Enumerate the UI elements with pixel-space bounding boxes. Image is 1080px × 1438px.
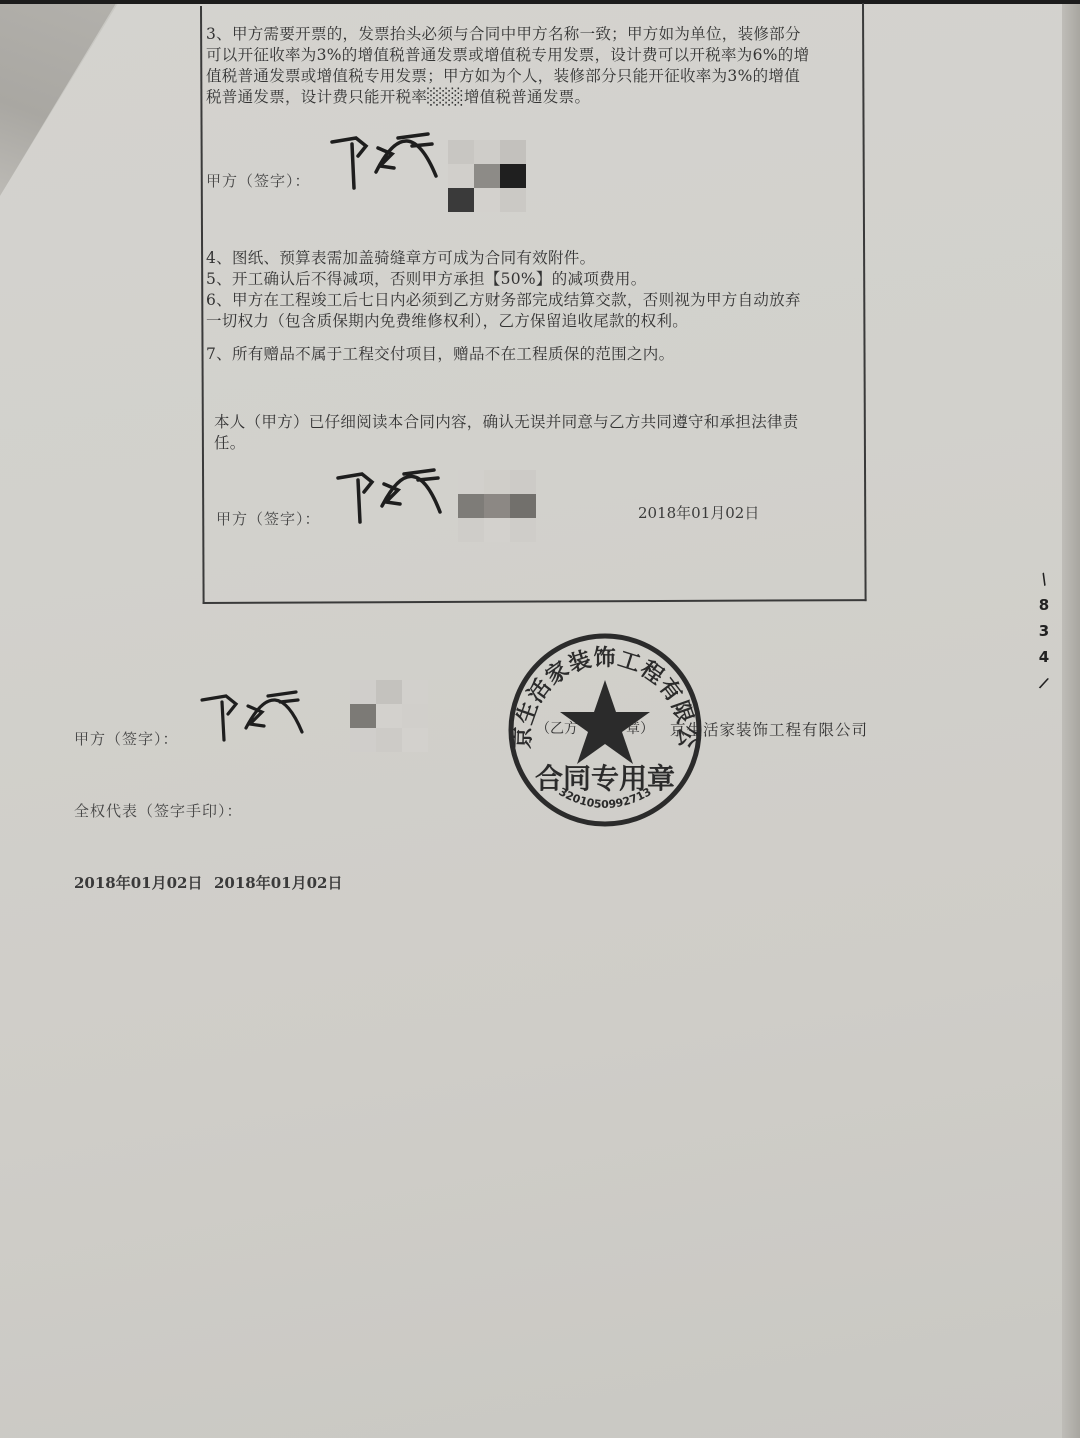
signature-3 <box>198 684 338 744</box>
acknowledgement: 本人（甲方）已仔细阅读本合同内容，确认无误并同意与乙方共同遵守和承担法律责 任。 <box>214 412 799 454</box>
clause-6-line-1: 6、甲方在工程竣工后七日内必须到乙方财务部完成结算交款，否则视为甲方自动放弃 <box>206 290 801 311</box>
clause-3-line-1: 3、甲方需要开票的，发票抬头必须与合同中甲方名称一致；甲方如为单位，装修部分 <box>206 24 809 45</box>
paper-edge <box>1062 0 1080 1438</box>
party-a-signature-label: 甲方（签字）： <box>74 728 179 749</box>
seal-center-text: 合同专用章 <box>535 762 675 795</box>
page-edge-digit-1: 8 <box>1036 592 1052 618</box>
party-a-date: 2018年01月02日 <box>74 872 203 893</box>
redacted-name-2 <box>458 470 536 542</box>
clause-3-signature-label: 甲方（签字）： <box>206 170 311 191</box>
top-border <box>0 0 1080 4</box>
clause-4: 4、图纸、预算表需加盖骑缝章方可成为合同有效附件。 <box>206 248 595 269</box>
page-edge-mark: / 8 3 4 / <box>1036 566 1052 696</box>
page-edge-digit-3: 4 <box>1036 644 1052 670</box>
clause-5: 5、开工确认后不得减项，否则甲方承担【50%】的减项费用。 <box>206 269 647 290</box>
acknowledgement-line-1: 本人（甲方）已仔细阅读本合同内容，确认无误并同意与乙方共同遵守和承担法律责 <box>214 412 799 433</box>
company-seal: 南京生活家装饰工程有限公司 合同专用章 3201050992713 <box>500 630 710 830</box>
representative-label: 全权代表（签字手印）： <box>74 800 243 821</box>
clause-3: 3、甲方需要开票的，发票抬头必须与合同中甲方名称一致；甲方如为单位，装修部分 可… <box>206 24 809 108</box>
clause-3-line-2: 可以开征收率为3%的增值税普通发票或增值税专用发票，设计费可以开税率为6%的增 <box>206 45 809 66</box>
clause-6: 6、甲方在工程竣工后七日内必须到乙方财务部完成结算交款，否则视为甲方自动放弃 一… <box>206 290 801 332</box>
party-b-date: 2018年01月02日 <box>214 872 343 893</box>
ack-date: 2018年01月02日 <box>638 502 759 523</box>
ack-signature-label: 甲方（签字）： <box>216 508 321 529</box>
acknowledgement-line-2: 任。 <box>214 433 799 454</box>
clause-3-line-3: 值税普通发票或增值税专用发票；甲方如为个人，装修部分只能开征收率为3%的增值 <box>206 66 809 87</box>
clause-3-line-4: 税普通发票，设计费只能开税率░░░增值税普通发票。 <box>206 87 809 108</box>
clause-6-line-2: 一切权力（包含质保期内免费维修权利），乙方保留追收尾款的权利。 <box>206 311 801 332</box>
star-icon <box>560 680 650 764</box>
redacted-name-1 <box>448 140 526 212</box>
page-edge-digit-2: 3 <box>1036 618 1052 644</box>
redacted-name-3 <box>350 680 428 752</box>
clause-7: 7、所有赠品不属于工程交付项目，赠品不在工程质保的范围之内。 <box>206 344 674 365</box>
